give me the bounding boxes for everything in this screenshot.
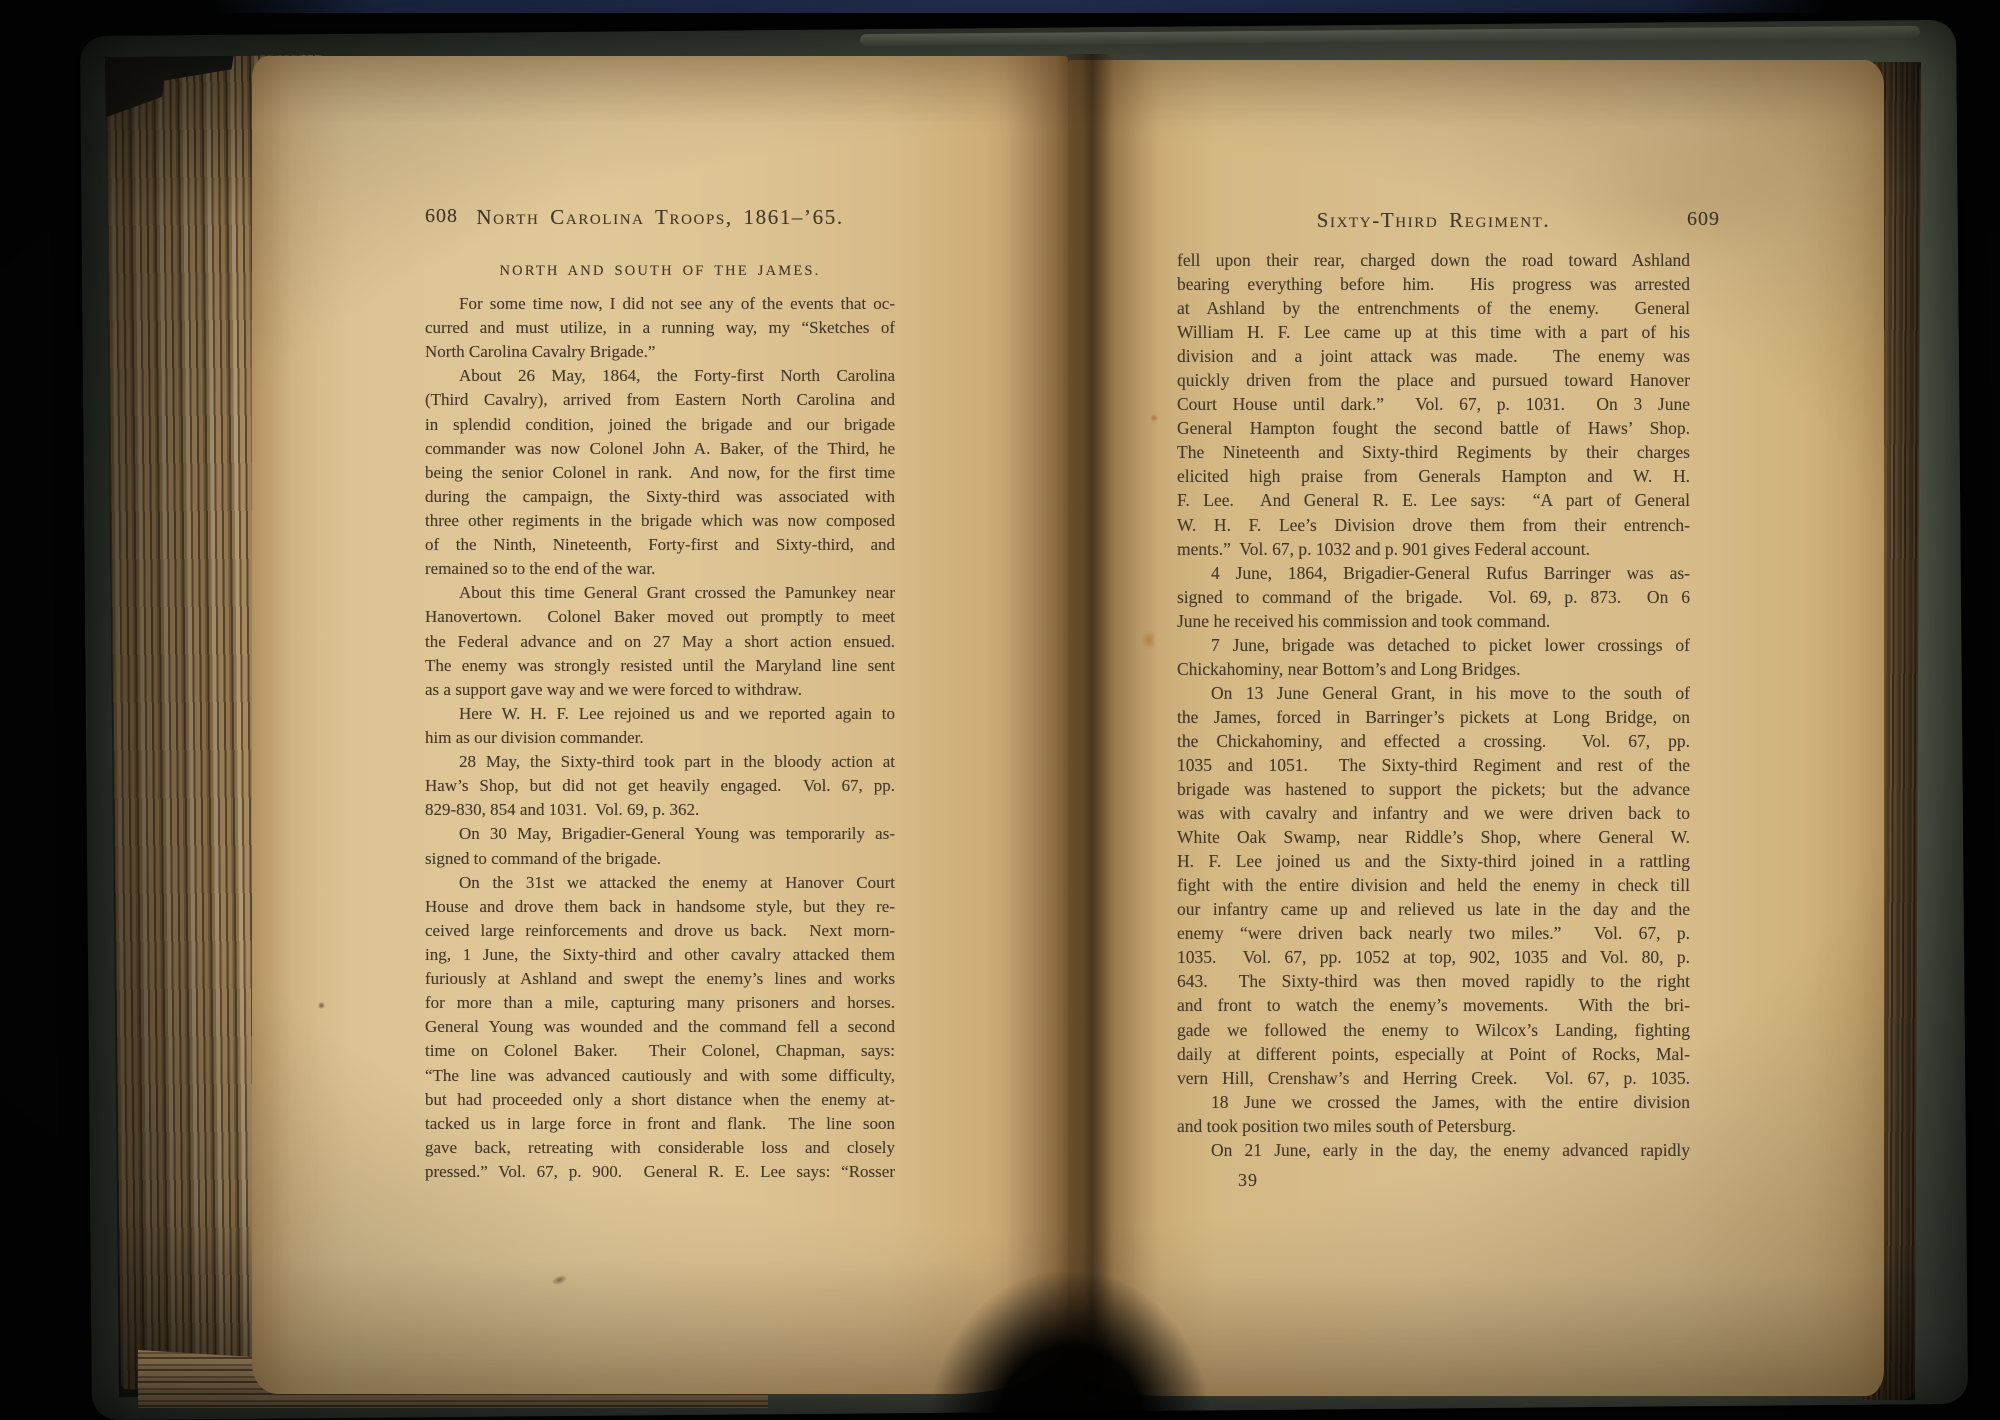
text-line: time on Colonel Baker. Their Colonel, Ch… bbox=[425, 1039, 895, 1063]
text-line: furiously at Ashland and swept the enemy… bbox=[425, 967, 895, 991]
text-line: at Ashland by the entrenchments of the e… bbox=[1177, 296, 1690, 320]
text-line: 7 June, brigade was detached to picket l… bbox=[1177, 633, 1690, 657]
text-line: daily at different points, especially at… bbox=[1177, 1042, 1690, 1066]
left-page-number: 608 bbox=[425, 205, 458, 228]
paper-stain bbox=[1141, 630, 1157, 650]
text-line: (Third Cavalry), arrived from Eastern No… bbox=[425, 388, 895, 412]
text-line: elicited high praise from Generals Hampt… bbox=[1177, 464, 1690, 488]
text-line: our infantry came up and relieved us lat… bbox=[1177, 897, 1690, 921]
text-line: the Chickahominy, and effected a crossin… bbox=[1177, 729, 1690, 753]
text-line: being the senior Colonel in rank. And no… bbox=[425, 461, 895, 485]
paper-stain bbox=[318, 1002, 325, 1009]
text-line: quickly driven from the place and pursue… bbox=[1177, 368, 1690, 392]
gutter-shadow bbox=[1006, 54, 1160, 1396]
text-line: On 21 June, early in the day, the enemy … bbox=[1177, 1138, 1690, 1162]
text-line: About 26 May, 1864, the Forty-first Nort… bbox=[425, 364, 895, 388]
text-line: 4 June, 1864, Brigadier-General Rufus Ba… bbox=[1177, 561, 1690, 585]
text-line: during the campaign, the Sixty-third was… bbox=[425, 485, 895, 509]
text-line: fell upon their rear, charged down the r… bbox=[1177, 248, 1690, 272]
text-line: and front to watch the enemy’s movements… bbox=[1177, 993, 1690, 1017]
text-line: 1035. Vol. 67, pp. 1052 at top, 902, 103… bbox=[1177, 945, 1690, 969]
text-line: and took position two miles south of Pet… bbox=[1177, 1114, 1690, 1138]
section-heading: NORTH AND SOUTH OF THE JAMES. bbox=[425, 263, 895, 280]
text-line: the Federal advance and on 27 May a shor… bbox=[425, 630, 895, 654]
signature-mark: 39 bbox=[1238, 1170, 1258, 1191]
right-running-head: Sixty-Third Regiment. 609 bbox=[1177, 208, 1690, 238]
text-line: was with cavalry and infantry and we wer… bbox=[1177, 801, 1690, 825]
text-line: June he received his commission and took… bbox=[1177, 609, 1690, 633]
text-line: Hanovertown. Colonel Baker moved out pro… bbox=[425, 605, 895, 629]
text-line: The enemy was strongly resisted until th… bbox=[425, 654, 895, 678]
text-line: curred and must utilize, in a running wa… bbox=[425, 316, 895, 340]
text-line: Court House until dark.” Vol. 67, p. 103… bbox=[1177, 392, 1690, 416]
text-line: About this time General Grant crossed th… bbox=[425, 581, 895, 605]
text-line: pressed.” Vol. 67, p. 900. General R. E.… bbox=[425, 1160, 895, 1184]
text-line: On 30 May, Brigadier-General Young was t… bbox=[425, 822, 895, 846]
text-line: F. Lee. And General R. E. Lee says: “A p… bbox=[1177, 488, 1690, 512]
paper-stain bbox=[1150, 414, 1158, 422]
left-running-head-title: North Carolina Troops, 1861–’65. bbox=[425, 205, 895, 230]
text-line: ing, 1 June, the Sixty-third and other c… bbox=[425, 943, 895, 967]
text-line: North Carolina Cavalry Brigade.” bbox=[425, 340, 895, 364]
open-book-photo: 608 North Carolina Troops, 1861–’65. NOR… bbox=[0, 0, 2000, 1420]
text-line: Here W. H. F. Lee rejoined us and we rep… bbox=[425, 702, 895, 726]
text-line: brigade was hastened to support the pick… bbox=[1177, 777, 1690, 801]
text-line: 18 June we crossed the James, with the e… bbox=[1177, 1090, 1690, 1114]
left-text-column: For some time now, I did not see any of … bbox=[425, 292, 895, 1184]
right-text-column: fell upon their rear, charged down the r… bbox=[1177, 248, 1690, 1162]
text-line: 1035 and 1051. The Sixty-third Regiment … bbox=[1177, 753, 1690, 777]
text-line: fight with the entire division and held … bbox=[1177, 873, 1690, 897]
text-line: gave back, retreating with considerable … bbox=[425, 1136, 895, 1160]
text-line: For some time now, I did not see any of … bbox=[425, 292, 895, 316]
text-line: three other regiments in the brigade whi… bbox=[425, 509, 895, 533]
text-line: 829-830, 854 and 1031. Vol. 69, p. 362. bbox=[425, 798, 895, 822]
text-line: White Oak Swamp, near Riddle’s Shop, whe… bbox=[1177, 825, 1690, 849]
text-line: signed to command of the brigade. Vol. 6… bbox=[1177, 585, 1690, 609]
text-line: tacked us in large force in front and fl… bbox=[425, 1112, 895, 1136]
right-page-number: 609 bbox=[1687, 208, 1720, 231]
text-line: On the 31st we attacked the enemy at Han… bbox=[425, 871, 895, 895]
text-line: signed to command of the brigade. bbox=[425, 847, 895, 871]
text-line: ments.” Vol. 67, p. 1032 and p. 901 give… bbox=[1177, 537, 1690, 561]
text-line: of the Ninth, Nineteenth, Forty-first an… bbox=[425, 533, 895, 557]
text-line: remained so to the end of the war. bbox=[425, 557, 895, 581]
text-line: enemy “were driven back nearly two miles… bbox=[1177, 921, 1690, 945]
text-line: Haw’s Shop, but did not get heavily enga… bbox=[425, 774, 895, 798]
text-line: ceived large reinforcements and drove us… bbox=[425, 919, 895, 943]
text-line: On 13 June General Grant, in his move to… bbox=[1177, 681, 1690, 705]
text-line: H. F. Lee joined us and the Sixty-third … bbox=[1177, 849, 1690, 873]
text-line: bearing everything before him. His progr… bbox=[1177, 272, 1690, 296]
text-line: as a support gave way and we were forced… bbox=[425, 678, 895, 702]
text-line: William H. F. Lee came up at this time w… bbox=[1177, 320, 1690, 344]
text-line: commander was now Colonel John A. Baker,… bbox=[425, 437, 895, 461]
text-line: gade we followed the enemy to Wilcox’s L… bbox=[1177, 1018, 1690, 1042]
text-line: vern Hill, Crenshaw’s and Herring Creek.… bbox=[1177, 1066, 1690, 1090]
left-running-head: 608 North Carolina Troops, 1861–’65. bbox=[425, 205, 895, 235]
text-line: 28 May, the Sixty-third took part in the… bbox=[425, 750, 895, 774]
text-line: division and a joint attack was made. Th… bbox=[1177, 344, 1690, 368]
text-line: General Hampton fought the second battle… bbox=[1177, 416, 1690, 440]
text-line: Chickahominy, near Bottom’s and Long Bri… bbox=[1177, 657, 1690, 681]
text-line: in splendid condition, joined the brigad… bbox=[425, 413, 895, 437]
text-line: “The line was advanced cautiously and wi… bbox=[425, 1064, 895, 1088]
text-line: but had proceeded only a short distance … bbox=[425, 1088, 895, 1112]
text-line: The Nineteenth and Sixty-third Regiments… bbox=[1177, 440, 1690, 464]
text-line: W. H. F. Lee’s Division drove them from … bbox=[1177, 513, 1690, 537]
right-running-head-title: Sixty-Third Regiment. bbox=[1177, 208, 1690, 233]
gutter-bottom-shadow bbox=[930, 1272, 1210, 1420]
text-line: General Young was wounded and the comman… bbox=[425, 1015, 895, 1039]
text-line: for more than a mile, capturing many pri… bbox=[425, 991, 895, 1015]
text-line: him as our division commander. bbox=[425, 726, 895, 750]
text-line: House and drove them back in handsome st… bbox=[425, 895, 895, 919]
text-line: the James, forced in Barringer’s pickets… bbox=[1177, 705, 1690, 729]
background-top-strip bbox=[210, 0, 1830, 13]
text-line: 643. The Sixty-third was then moved rapi… bbox=[1177, 969, 1690, 993]
